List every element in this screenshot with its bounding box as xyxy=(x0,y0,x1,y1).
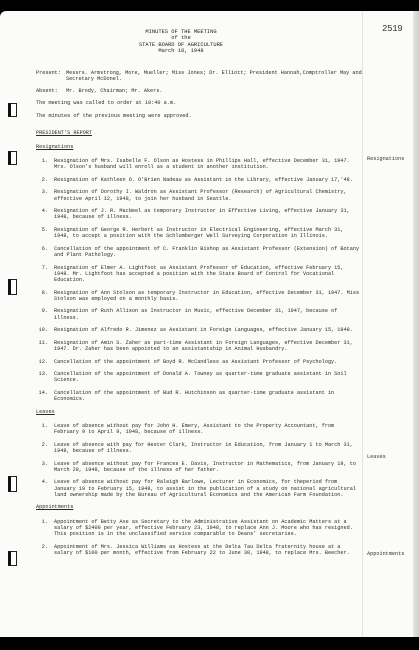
binder-hole-mark xyxy=(8,279,17,295)
present-text: Messrs. Armstrong, More, Mueller; Miss J… xyxy=(66,70,362,82)
list-item: 2.Appointment of Mrs. Jessica Williams a… xyxy=(36,544,362,556)
appointments-list: 1.Appointment of Betty Axe as Secretary … xyxy=(36,519,362,556)
list-item: 1.Resignation of Mrs. Isabelle F. Olson … xyxy=(36,158,362,170)
list-item: 8.Resignation of Ann Stolson as temporar… xyxy=(36,290,362,302)
binder-hole-mark xyxy=(8,551,17,566)
list-item: 2.Resignation of Kathleen O. O'Brien Nad… xyxy=(36,177,362,183)
presidents-report-heading: PRESIDENT'S REPORT xyxy=(36,130,362,136)
list-item: 10.Resignation of Alfredo R. Jimenez as … xyxy=(36,327,362,333)
list-item: 4.Resignation of J. R. MacNeel as tempor… xyxy=(36,208,362,220)
list-item: 2.Leave of absence with pay for Hester C… xyxy=(36,442,362,454)
margin-note-appointments: Appointments xyxy=(367,551,404,557)
absent-row: Absent: Mr. Brody, Chairman; Mr. Akers. xyxy=(36,88,362,94)
list-item: 14.Cancellation of the appointment of Bu… xyxy=(36,390,362,402)
list-item: 9.Resignation of Ruth Allison as Instruc… xyxy=(36,308,362,320)
minutes-body: Present: Messrs. Armstrong, More, Muelle… xyxy=(36,70,362,562)
page-edge xyxy=(413,11,419,637)
present-label: Present: xyxy=(36,70,66,82)
leaves-heading: Leaves xyxy=(36,409,362,415)
list-item: 13.Cancellation of the appointment of Do… xyxy=(36,371,362,383)
list-item: 7.Resignation of Elmer A. Lightfoot as A… xyxy=(36,265,362,284)
list-item: 3.Leave of absence without pay for Franc… xyxy=(36,461,362,473)
list-item: 1.Leave of absence without pay for John … xyxy=(36,423,362,435)
list-item: 11.Resignation of Amin S. Zaher as part-… xyxy=(36,340,362,352)
list-item: 5.Resignation of George R. Herbert as In… xyxy=(36,227,362,239)
list-item: 12.Cancellation of the appointment of Bo… xyxy=(36,359,362,365)
minutes-header: MINUTES OF THE MEETING of the STATE BOAR… xyxy=(0,29,362,54)
leaves-list: 1.Leave of absence without pay for John … xyxy=(36,423,362,498)
resignations-list: 1.Resignation of Mrs. Isabelle F. Olson … xyxy=(36,158,362,402)
list-item: 3.Resignation of Dorothy I. Waldron as A… xyxy=(36,189,362,201)
list-item: 6.Cancellation of the appointment of C. … xyxy=(36,246,362,258)
list-item: 1.Appointment of Betty Axe as Secretary … xyxy=(36,519,362,538)
margin-note-resignations: Resignations xyxy=(367,156,404,162)
list-item: 4.Leave of absence without pay for Ralei… xyxy=(36,479,362,498)
binder-hole-mark xyxy=(8,476,17,492)
header-date: March 18, 1948 xyxy=(0,48,362,54)
document-page: 2519 MINUTES OF THE MEETING of the STATE… xyxy=(0,11,419,637)
resignations-heading: Resignations xyxy=(36,144,362,150)
binder-hole-mark xyxy=(8,103,17,117)
page-number: 2519 xyxy=(382,24,402,34)
absent-label: Absent: xyxy=(36,88,66,94)
called-to-order: The meeting was called to order at 10:40… xyxy=(36,100,362,106)
appointments-heading: Appointments xyxy=(36,504,362,510)
absent-text: Mr. Brody, Chairman; Mr. Akers. xyxy=(66,88,362,94)
margin-note-leaves: Leaves xyxy=(367,454,386,460)
minutes-approved: The minutes of the previous meeting were… xyxy=(36,113,362,119)
margin-rule xyxy=(362,11,363,637)
present-row: Present: Messrs. Armstrong, More, Muelle… xyxy=(36,70,362,82)
binder-hole-mark xyxy=(8,151,17,165)
